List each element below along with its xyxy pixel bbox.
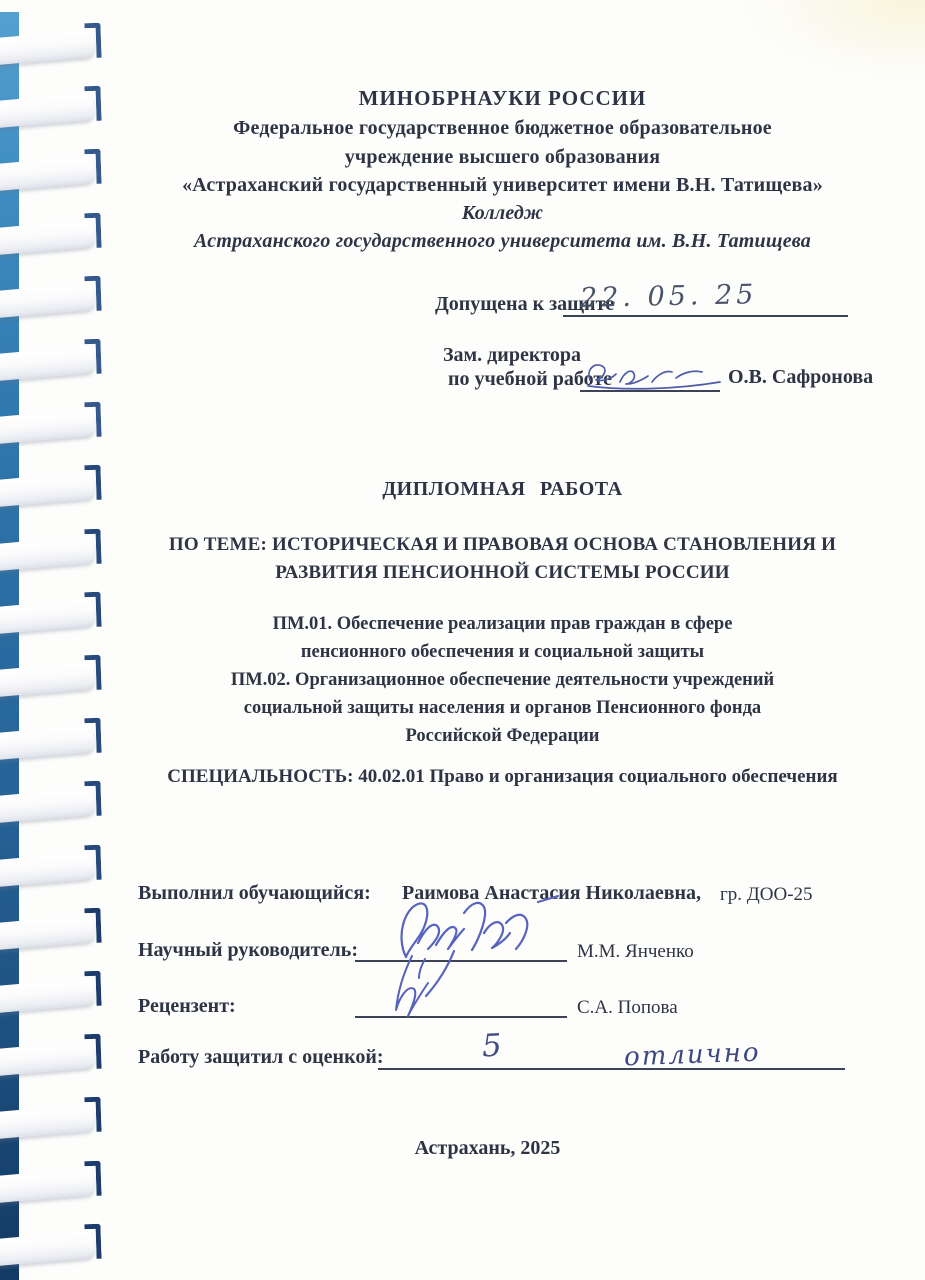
binding-ring (0, 526, 112, 589)
pm02-line-3: Российской Федерации (130, 726, 875, 747)
binding-ring-band (0, 1041, 95, 1077)
binding-ring-edge (84, 844, 101, 880)
binding-ring-band (0, 93, 95, 129)
binding-ring-band (0, 598, 95, 634)
binding-ring-edge (84, 212, 101, 248)
binding-ring-edge (84, 86, 101, 122)
binding-ring-band (0, 851, 95, 887)
student-group: гр. ДОО-25 (720, 884, 813, 906)
binding-ring (0, 399, 112, 462)
ministry-line: МИНОБРНАУКИ РОССИИ (130, 86, 875, 111)
binding-ring (0, 20, 112, 83)
city-year-line: Астрахань, 2025 (130, 1137, 845, 1160)
binding-ring-band (0, 725, 95, 761)
binding-ring (0, 715, 112, 778)
binding-ring (0, 652, 112, 715)
grade-line (378, 1068, 845, 1070)
binding-ring-band (0, 1230, 95, 1266)
binding-ring-edge (84, 1224, 101, 1260)
topic-line-1: ПО ТЕМЕ: ИСТОРИЧЕСКАЯ И ПРАВОВАЯ ОСНОВА … (130, 534, 875, 556)
binding-ring-band (0, 535, 95, 571)
supervisor-label: Научный руководитель: (138, 939, 358, 962)
popova-signature (378, 950, 448, 1020)
pm02-line-2: социальной защиты населения и органов Пе… (130, 698, 875, 719)
binding-ring-edge (84, 908, 101, 944)
supervisor-name: М.М. Янченко (577, 941, 694, 963)
specialty-line: СПЕЦИАЛЬНОСТЬ: 40.02.01 Право и организа… (130, 766, 875, 788)
binding-ring-band (0, 472, 95, 508)
reviewer-label: Рецензент: (138, 995, 236, 1018)
reviewer-name: С.А. Попова (577, 997, 678, 1019)
binding-ring-edge (84, 655, 101, 691)
work-type-title: ДИПЛОМНАЯ РАБОТА (130, 478, 875, 501)
binding-ring-edge (84, 718, 101, 754)
binding-ring-band (0, 662, 95, 698)
university-line: «Астраханский государственный университе… (130, 174, 875, 197)
binding-ring-edge (84, 592, 101, 628)
binding-ring (0, 210, 112, 273)
pm02-line-1: ПМ.02. Организационное обеспечение деяте… (130, 670, 875, 691)
binding-ring-edge (84, 465, 101, 501)
binding-ring (0, 336, 112, 399)
binding-ring-edge (84, 149, 101, 185)
binding-ring-edge (84, 1097, 101, 1133)
binding-ring (0, 778, 112, 841)
binding-ring-edge (84, 276, 101, 312)
org-line-1: Федеральное государственное бюджетное об… (130, 117, 875, 140)
binding-ring-edge (84, 1034, 101, 1070)
grade-value-handwritten: 5 (481, 1028, 503, 1065)
deputy-line-1: Зам. директора (443, 344, 581, 367)
binding-ring (0, 273, 112, 336)
binding-ring-band (0, 1104, 95, 1140)
binding-ring-edge (84, 971, 101, 1007)
grade-word-handwritten: отлично (624, 1038, 762, 1073)
binding-ring-band (0, 156, 95, 192)
org-line-2: учреждение высшего образования (130, 146, 875, 169)
binding-ring (0, 1094, 112, 1157)
binding-ring (0, 905, 112, 968)
college-line: Колледж (130, 202, 875, 225)
binding-ring-edge (84, 1160, 101, 1196)
binding-ring-band (0, 914, 95, 950)
pm01-line-1: ПМ.01. Обеспечение реализации прав гражд… (130, 614, 875, 635)
binding-ring (0, 83, 112, 146)
binding-ring-band (0, 978, 95, 1014)
comb-binding (0, 0, 118, 1280)
binding-ring-band (0, 282, 95, 318)
binding-ring-edge (84, 781, 101, 817)
binding-ring (0, 462, 112, 525)
binding-ring-edge (84, 339, 101, 375)
binding-ring (0, 968, 112, 1031)
binding-ring-band (0, 30, 95, 66)
pm01-line-2: пенсионного обеспечения и социальной защ… (130, 642, 875, 663)
topic-line-2: РАЗВИТИЯ ПЕНСИОННОЙ СИСТЕМЫ РОССИИ (130, 562, 875, 584)
binding-ring (0, 1158, 112, 1221)
student-label: Выполнил обучающийся: (138, 882, 371, 905)
binding-ring-edge (84, 23, 101, 59)
binding-ring-edge (84, 528, 101, 564)
binding-ring-band (0, 219, 95, 255)
binding-ring (0, 1031, 112, 1094)
binding-ring-band (0, 409, 95, 445)
binding-ring-band (0, 1167, 95, 1203)
binding-ring (0, 842, 112, 905)
college-of-line: Астраханского государственного университ… (130, 230, 875, 253)
deputy-name: О.В. Сафронова (728, 366, 873, 389)
admitted-date-line (563, 315, 848, 317)
binding-ring-band (0, 346, 95, 382)
binding-ring (0, 589, 112, 652)
binding-ring-edge (84, 402, 101, 438)
binding-ring-band (0, 788, 95, 824)
binding-ring (0, 146, 112, 209)
admitted-date-handwritten: 22. 05. 25 (580, 279, 758, 314)
binding-ring (0, 1221, 112, 1280)
scanned-title-page: МИНОБРНАУКИ РОССИИ Федеральное государст… (0, 0, 925, 1280)
grade-label: Работу защитил с оценкой: (138, 1046, 384, 1069)
safronova-signature (578, 358, 730, 396)
